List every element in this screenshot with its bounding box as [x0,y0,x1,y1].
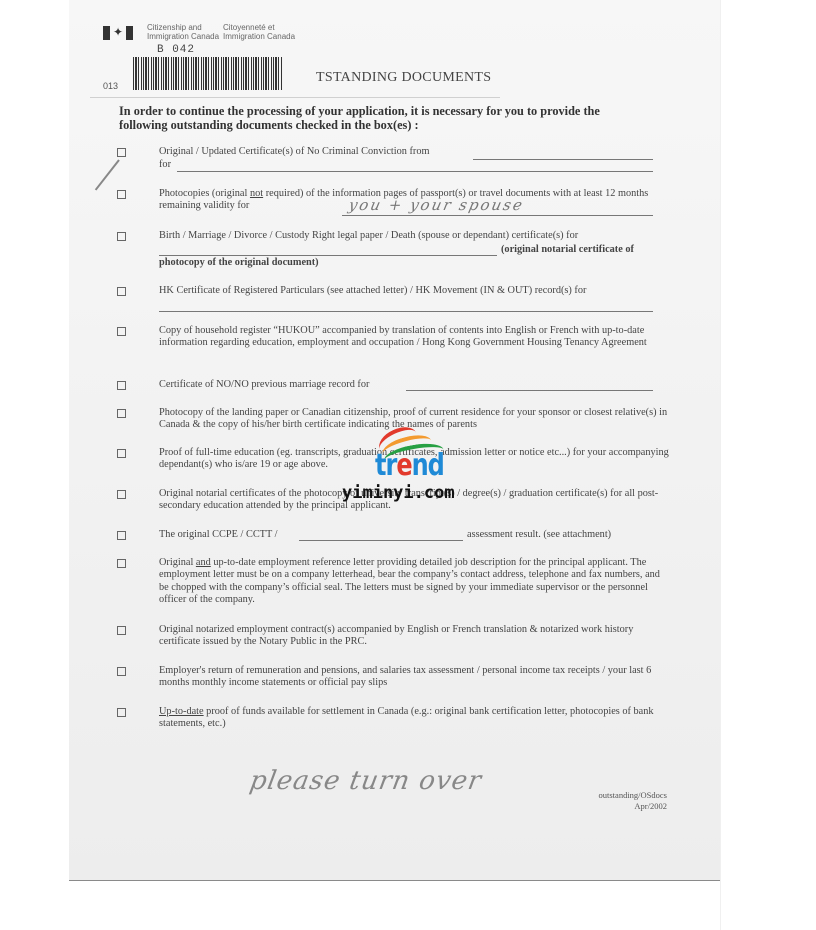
scanned-page [69,0,720,881]
handwritten-answer: you + your spouse [347,196,526,214]
document-reference: outstanding/OSdocs Apr/2002 [560,790,667,812]
checkbox[interactable] [117,381,126,390]
agency-name-french: Citoyenneté et Immigration Canada [223,23,295,41]
barcode-number: 013 [103,81,118,91]
validity-for-field[interactable] [342,215,653,216]
for-field[interactable] [177,171,653,172]
barcode-id: B 042 [157,44,195,56]
checkbox[interactable] [117,531,126,540]
marriage-record-for-field[interactable] [406,390,653,391]
checkbox[interactable] [117,232,126,241]
certificate-for-field[interactable] [159,255,497,256]
hk-record-for-field[interactable] [159,311,653,312]
checkbox[interactable] [117,626,126,635]
checkbox[interactable] [117,559,126,568]
checkbox[interactable] [117,287,126,296]
checkbox-checked[interactable] [117,190,126,199]
checkbox[interactable] [117,327,126,336]
assessment-type-field[interactable] [299,540,463,541]
checkbox[interactable] [117,667,126,676]
handwritten-note: please turn over [247,766,484,796]
page-title: TSTANDING DOCUMENTS [316,70,491,86]
header-divider [90,97,500,98]
checkbox[interactable] [117,148,126,157]
checkbox[interactable] [117,449,126,458]
canada-flag-logo: ✦ [103,26,133,40]
checkbox[interactable] [117,490,126,499]
maple-leaf-icon: ✦ [112,24,124,40]
barcode [133,57,283,90]
checkbox[interactable] [117,409,126,418]
page-edge [720,0,721,930]
checkbox[interactable] [117,708,126,717]
intro-text: In order to continue the processing of y… [119,104,649,132]
agency-name-english: Citizenship and Immigration Canada [147,23,219,41]
